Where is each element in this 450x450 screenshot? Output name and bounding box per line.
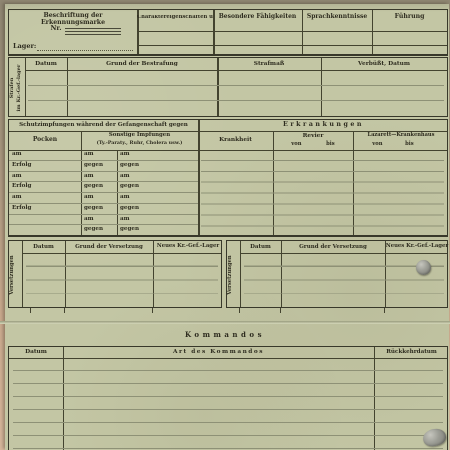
traits-header: Charaktereigenschaften u.a. [137, 15, 213, 21]
hole-punch [416, 260, 431, 275]
transfers-side-label: Versetzungen [10, 241, 20, 309]
vaccination-row: gegengegen [9, 225, 198, 235]
lager-dotted-line [37, 40, 133, 51]
other-vaccinations-subheader: (Ty.-Paraty., Ruhr, Cholera usw.) [81, 141, 198, 146]
punishments-side-column: Strafen im Kr.-Gef.-lager [9, 58, 26, 116]
kommandos-table: Datum Art des Kommandos Rückkehrdatum [8, 346, 448, 450]
transfers-right-table: Versetzungen Datum Grund der Versetzung … [226, 240, 448, 308]
id-tag-title: Beschriftung der Erkennungsmarke [11, 13, 135, 27]
punishments-section: Strafen im Kr.-Gef.-lager Datum Grund de… [8, 57, 448, 117]
punishments-reason-header: Grund der Bestrafung [67, 61, 217, 67]
illnesses-title: Erkrankungen [198, 122, 449, 129]
conduct-header: Führung [372, 14, 447, 21]
languages-header: Sprachkenntnisse [302, 14, 372, 21]
punishments-measure-header: Strafmaß [217, 61, 321, 67]
transfers-side-label: Versetzungen [228, 241, 238, 309]
vaccination-row: Erfolggegengegen [9, 161, 198, 172]
punishments-served-header: Verbüßt, Datum [321, 61, 447, 67]
row-rule [28, 100, 444, 101]
row-rule [28, 85, 444, 86]
illness-header: Krankheit [198, 137, 273, 143]
kommandos-return-header: Rückkehrdatum [374, 349, 449, 355]
vaccination-row: Erfolggegengegen [9, 204, 198, 215]
kommando-rows [9, 358, 447, 450]
scanned-pow-record-card: Beschriftung der Erkennungsmarke Nr. Lag… [0, 0, 450, 450]
vaccination-row: amamam [9, 150, 198, 161]
illness-rows [198, 150, 447, 235]
row-line [137, 31, 447, 32]
punishments-date-header: Datum [25, 61, 67, 67]
transfers-reason-header: Grund der Versetzung [65, 244, 153, 250]
header-section: Beschriftung der Erkennungsmarke Nr. Lag… [8, 9, 448, 56]
transfers-date-header: Datum [240, 244, 281, 250]
kommandos-title: Kommandos [0, 331, 450, 339]
medical-section: Schutzimpfungen während der Gefangenscha… [8, 119, 448, 237]
transfer-rows [241, 253, 447, 307]
abilities-header: Besondere Fähigkeiten [213, 14, 302, 21]
transfers-newcamp-header: Neues Kr.-Gef.-Lager [153, 244, 223, 250]
transfers-side-column: Versetzungen [227, 241, 241, 307]
revier-header: Revier [273, 133, 353, 139]
transfers-reason-header: Grund der Versetzung [281, 244, 385, 250]
vaccinations-title: Schutzimpfungen während der Gefangenscha… [9, 122, 198, 128]
kommandos-date-header: Datum [9, 349, 63, 355]
nr-label: Nr. [49, 25, 63, 32]
revier-von-bis: vonbis [279, 141, 347, 147]
vaccination-row: amam [9, 215, 198, 226]
lazarett-header: Lazarett—Krankenhaus [353, 133, 449, 139]
vaccination-row: Erfolggegengegen [9, 182, 198, 193]
header-underline [25, 70, 447, 71]
vaccination-rows: amamam Erfolggegengegen amamam Erfolggeg… [9, 150, 198, 235]
lager-label: Lager: [13, 43, 37, 50]
nr-blank-lines [65, 26, 121, 37]
transfers-left-table: Versetzungen Datum Grund der Versetzung … [8, 240, 222, 308]
other-vaccinations-header: Sonstige Impfungen [81, 133, 198, 139]
lazarett-von-bis: vonbis [361, 141, 425, 147]
vaccination-row: amamam [9, 193, 198, 204]
transfers-date-header: Datum [22, 244, 65, 250]
pocken-header: Pocken [9, 137, 81, 144]
vaccination-row: amamam [9, 172, 198, 183]
fold-crease [0, 321, 450, 324]
transfers-side-column: Versetzungen [9, 241, 23, 307]
kommandos-type-header: Art des Kommandos [63, 349, 374, 355]
transfers-newcamp-header: Neues Kr.-Gef.-Lager [385, 244, 449, 250]
transfer-rows [23, 253, 221, 307]
punishments-side-label: Strafen im Kr.-Gef.-lager [9, 58, 25, 118]
row-line [137, 45, 447, 46]
